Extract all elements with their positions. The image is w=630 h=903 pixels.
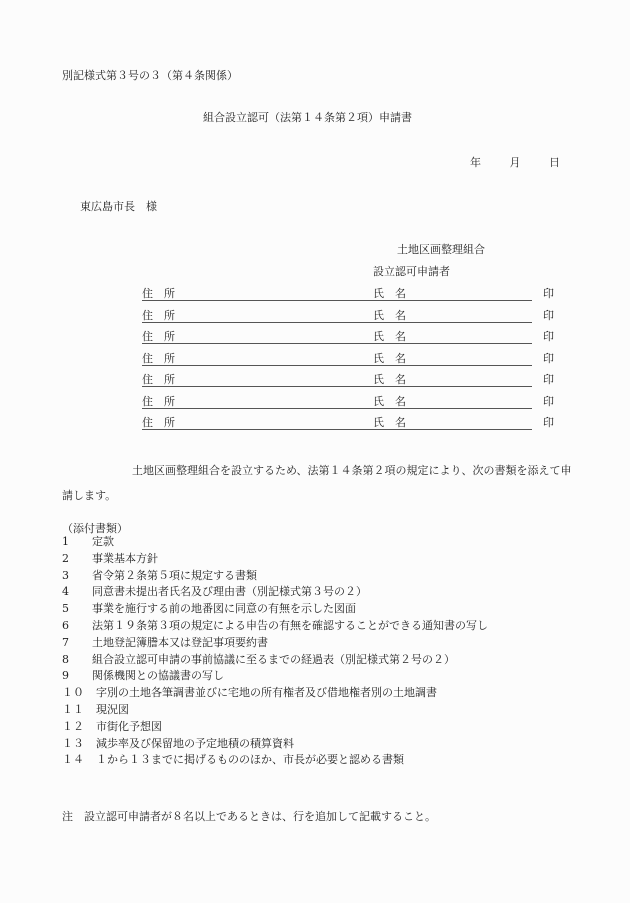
seal-mark: 印 — [543, 328, 554, 344]
signature-line — [142, 408, 532, 409]
signature-row: 住 所 氏 名 印 — [142, 371, 554, 391]
list-item: 8組合設立認可申請の事前協議に至るまでの経過表（別記様式第２号の２） — [62, 652, 488, 669]
item-number: 7 — [62, 635, 92, 652]
signature-row: 住 所 氏 名 印 — [142, 350, 554, 370]
name-label: 氏 名 — [373, 414, 406, 430]
list-item: １０字別の土地各筆調書並びに宅地の所有権者及び借地権者別の土地調書 — [62, 685, 488, 702]
document-title: 組合設立認可（法第１４条第２項）申請書 — [203, 109, 412, 125]
item-number: 3 — [62, 568, 92, 585]
item-text: 市街化予想図 — [96, 719, 162, 736]
form-reference: 別記様式第３号の３（第４条関係） — [62, 67, 238, 83]
signature-row: 住 所 氏 名 印 — [142, 393, 554, 413]
signature-line — [142, 322, 532, 323]
date-line: 年 月 日 — [470, 154, 560, 170]
list-item: １１現況図 — [62, 702, 488, 719]
item-number: 1 — [62, 534, 92, 551]
date-year-label: 年 — [470, 154, 481, 170]
item-text: 同意書未提出者氏名及び理由書（別記様式第３号の２） — [92, 584, 367, 601]
item-number: １３ — [62, 736, 96, 753]
name-label: 氏 名 — [373, 393, 406, 409]
list-item: 3省令第２条第５項に規定する書類 — [62, 568, 488, 585]
footnote: 注 設立認可申請者が８名以上であるときは、行を追加して記載すること。 — [62, 808, 436, 824]
item-text: 定款 — [92, 534, 114, 551]
item-number: 6 — [62, 618, 92, 635]
item-number: １４ — [62, 752, 96, 769]
address-label: 住 所 — [142, 307, 175, 323]
name-label: 氏 名 — [373, 328, 406, 344]
item-number: 4 — [62, 584, 92, 601]
attachments-list: 1定款 2事業基本方針 3省令第２条第５項に規定する書類 4同意書未提出者氏名及… — [62, 534, 488, 769]
signature-row: 住 所 氏 名 印 — [142, 414, 554, 434]
signature-row: 住 所 氏 名 印 — [142, 307, 554, 327]
item-number: １１ — [62, 702, 96, 719]
list-item: １２市街化予想図 — [62, 719, 488, 736]
addressee: 東広島市長 様 — [80, 198, 157, 214]
name-label: 氏 名 — [373, 371, 406, 387]
seal-mark: 印 — [543, 307, 554, 323]
signature-row: 住 所 氏 名 印 — [142, 328, 554, 348]
signature-line — [142, 386, 532, 387]
item-text: 事業を施行する前の地番図に同意の有無を示した図面 — [92, 601, 356, 618]
list-item: 9関係機関との協議書の写し — [62, 668, 488, 685]
item-text: 減歩率及び保留地の予定地積の積算資料 — [96, 736, 294, 753]
applicant-label: 設立認可申請者 — [373, 263, 450, 279]
address-label: 住 所 — [142, 414, 175, 430]
address-label: 住 所 — [142, 371, 175, 387]
signature-line — [142, 365, 532, 366]
list-item: １３減歩率及び保留地の予定地積の積算資料 — [62, 736, 488, 753]
address-label: 住 所 — [142, 350, 175, 366]
item-number: １２ — [62, 719, 96, 736]
signature-line — [142, 343, 532, 344]
list-item: 7土地登記簿謄本又は登記事項要約書 — [62, 635, 488, 652]
name-label: 氏 名 — [373, 350, 406, 366]
item-text: 組合設立認可申請の事前協議に至るまでの経過表（別記様式第２号の２） — [92, 652, 455, 669]
item-text: １から１３までに掲げるもののほか、市長が必要と認める書類 — [96, 752, 404, 769]
address-label: 住 所 — [142, 285, 175, 301]
seal-mark: 印 — [543, 350, 554, 366]
item-number: 2 — [62, 551, 92, 568]
item-number: 5 — [62, 601, 92, 618]
seal-mark: 印 — [543, 371, 554, 387]
list-item: 5事業を施行する前の地番図に同意の有無を示した図面 — [62, 601, 488, 618]
date-month-label: 月 — [510, 154, 521, 170]
item-text: 現況図 — [96, 702, 129, 719]
date-day-label: 日 — [549, 154, 560, 170]
organization-name: 土地区画整理組合 — [397, 241, 485, 257]
item-number: １０ — [62, 685, 96, 702]
seal-mark: 印 — [543, 414, 554, 430]
name-label: 氏 名 — [373, 285, 406, 301]
list-item: 6法第１９条第３項の規定による申告の有無を確認することができる通知書の写し — [62, 618, 488, 635]
list-item: 4同意書未提出者氏名及び理由書（別記様式第３号の２） — [62, 584, 488, 601]
signature-line — [142, 429, 532, 430]
item-text: 法第１９条第３項の規定による申告の有無を確認することができる通知書の写し — [92, 618, 488, 635]
item-number: 8 — [62, 652, 92, 669]
item-text: 字別の土地各筆調書並びに宅地の所有権者及び借地権者別の土地調書 — [96, 685, 437, 702]
seal-mark: 印 — [543, 285, 554, 301]
item-number: 9 — [62, 668, 92, 685]
item-text: 関係機関との協議書の写し — [92, 668, 224, 685]
list-item: １４１から１３までに掲げるもののほか、市長が必要と認める書類 — [62, 752, 488, 769]
application-statement: 土地区画整理組合を設立するため、法第１４条第２項の規定により、次の書類を添えて申… — [62, 458, 572, 508]
signature-line — [142, 300, 532, 301]
signature-row: 住 所 氏 名 印 — [142, 285, 554, 305]
list-item: 1定款 — [62, 534, 488, 551]
address-label: 住 所 — [142, 393, 175, 409]
name-label: 氏 名 — [373, 307, 406, 323]
item-text: 事業基本方針 — [92, 551, 158, 568]
item-text: 省令第２条第５項に規定する書類 — [92, 568, 257, 585]
list-item: 2事業基本方針 — [62, 551, 488, 568]
seal-mark: 印 — [543, 393, 554, 409]
item-text: 土地登記簿謄本又は登記事項要約書 — [92, 635, 268, 652]
address-label: 住 所 — [142, 328, 175, 344]
